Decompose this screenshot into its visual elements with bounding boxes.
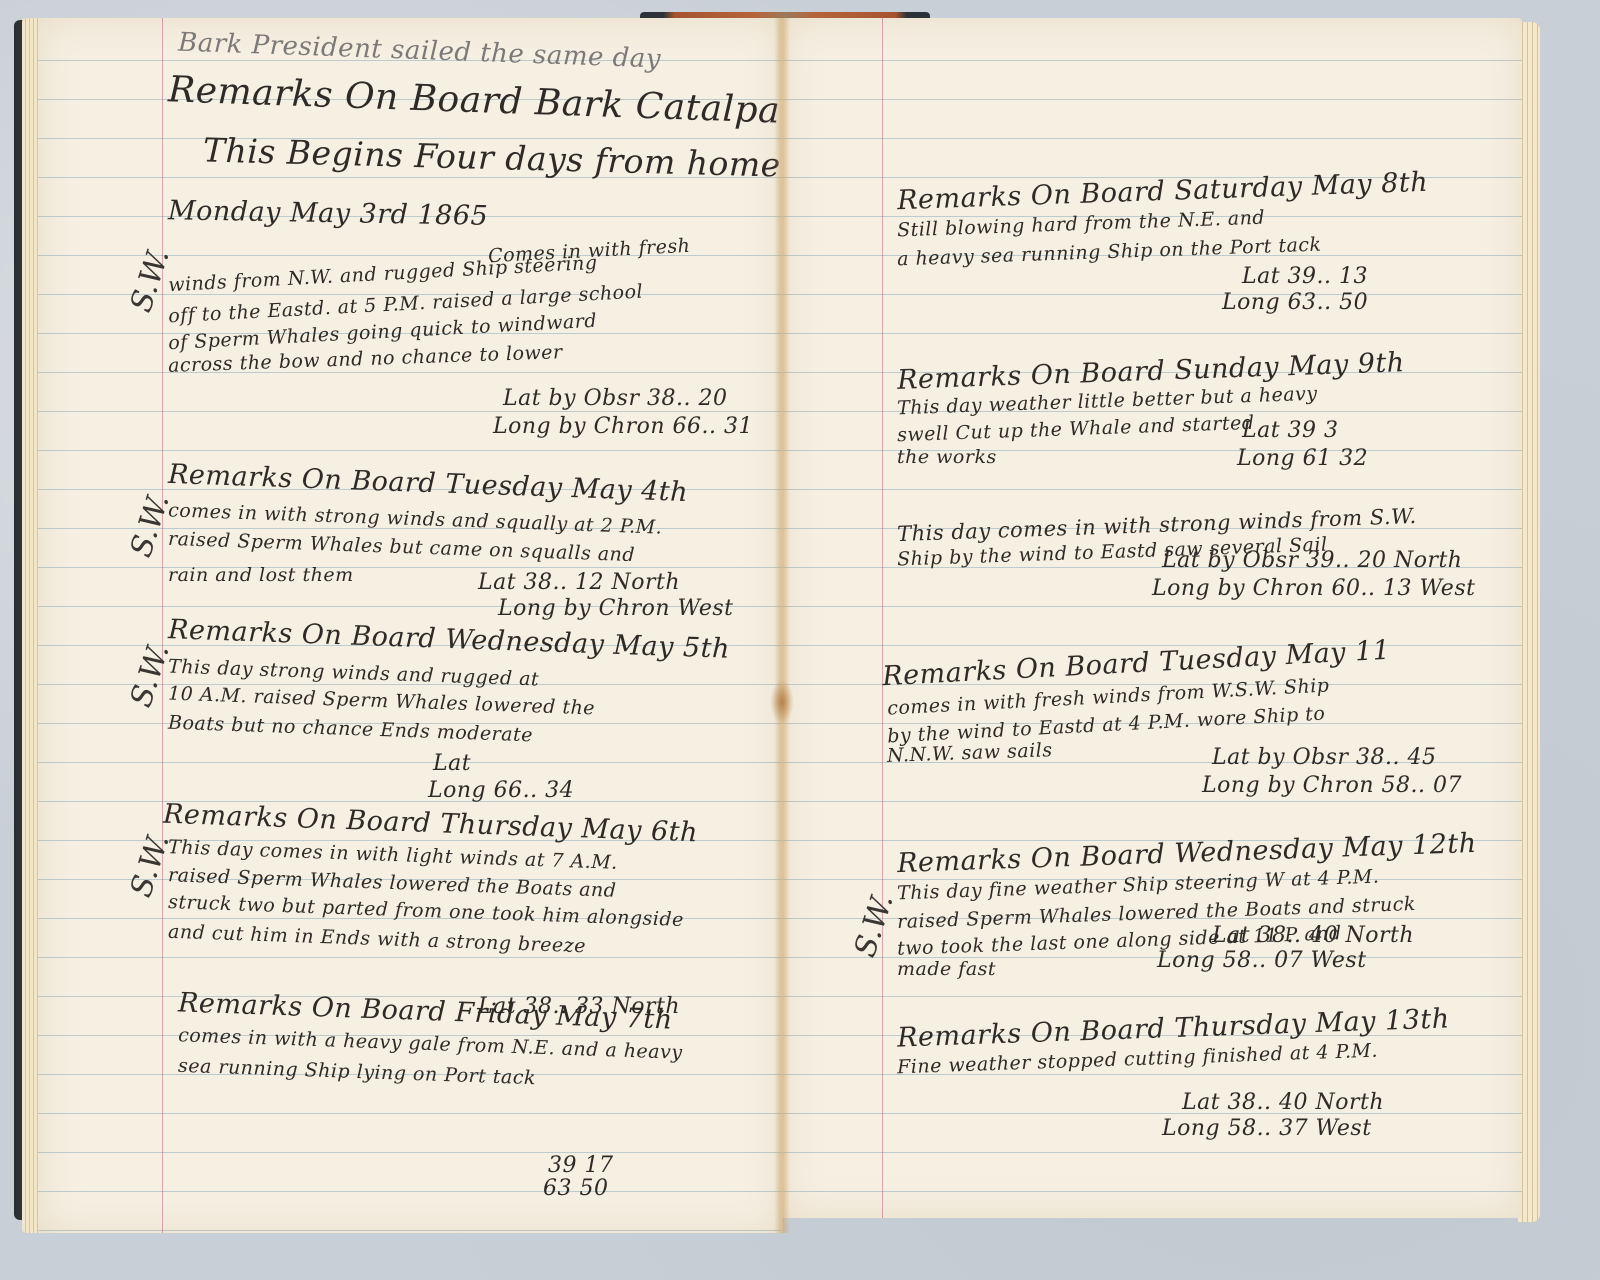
entry-line: N.N.W. saw sails (887, 739, 1053, 767)
latitude: Lat 38.. 40 North (1212, 923, 1414, 948)
log-heading: Remarks On Board Bark Catalpa (167, 69, 780, 131)
entry-title: Remarks On Board Tuesday May 4th (168, 459, 689, 508)
longitude: Long by Chron West (498, 596, 734, 621)
footer-figure: 39 17 (548, 1153, 613, 1178)
entry-title: Remarks On Board Saturday May 8th (897, 167, 1429, 217)
longitude: Long by Chron 58.. 07 (1202, 773, 1462, 798)
latitude: Lat 38.. 12 North (478, 570, 680, 595)
entry-line: the works (897, 446, 997, 468)
entry-line: rain and lost them (168, 564, 354, 586)
latitude: Lat 38.. 40 North (1182, 1090, 1384, 1115)
footer-figure: 63 50 (543, 1176, 608, 1201)
log-subheading: This Begins Four days from home (203, 130, 782, 184)
right-page: Remarks On Board Saturday May 8th Still … (782, 18, 1522, 1218)
latitude: Lat 39 3 (1242, 418, 1339, 443)
margin-note: S.W. (848, 890, 901, 962)
pencil-note: Bark President sailed the same day (178, 28, 662, 75)
longitude: Long by Chron 60.. 13 West (1152, 576, 1475, 601)
margin-rule (162, 18, 163, 1233)
latitude: Lat (433, 751, 471, 776)
latitude: Lat by Obsr 38.. 45 (1212, 745, 1436, 770)
entry-line: and cut him in Ends with a strong breeze (168, 921, 587, 958)
entry-title: Remarks On Board Wednesday May 5th (168, 614, 731, 665)
entry-line: sea running Ship lying on Port tack (178, 1055, 537, 1089)
water-stain (770, 680, 794, 724)
latitude: Lat by Obsr 39.. 20 North (1162, 548, 1462, 573)
latitude: Lat 39.. 13 (1242, 264, 1368, 289)
entry-line: made fast (897, 958, 996, 980)
longitude: Long 58.. 07 West (1157, 948, 1367, 973)
entry-line: Boats but no chance Ends moderate (168, 712, 534, 747)
longitude: Long by Chron 66.. 31 (493, 414, 753, 439)
longitude: Long 58.. 37 West (1162, 1116, 1372, 1141)
latitude: Lat by Obsr 38.. 20 (503, 386, 727, 411)
book-gutter (774, 18, 790, 1233)
margin-rule (882, 18, 883, 1218)
longitude: Long 66.. 34 (428, 778, 574, 803)
date-line: Monday May 3rd 1865 (168, 195, 489, 232)
longitude: Long 61 32 (1237, 446, 1368, 471)
longitude: Long 63.. 50 (1222, 290, 1368, 315)
left-page: Bark President sailed the same day Remar… (38, 18, 782, 1233)
